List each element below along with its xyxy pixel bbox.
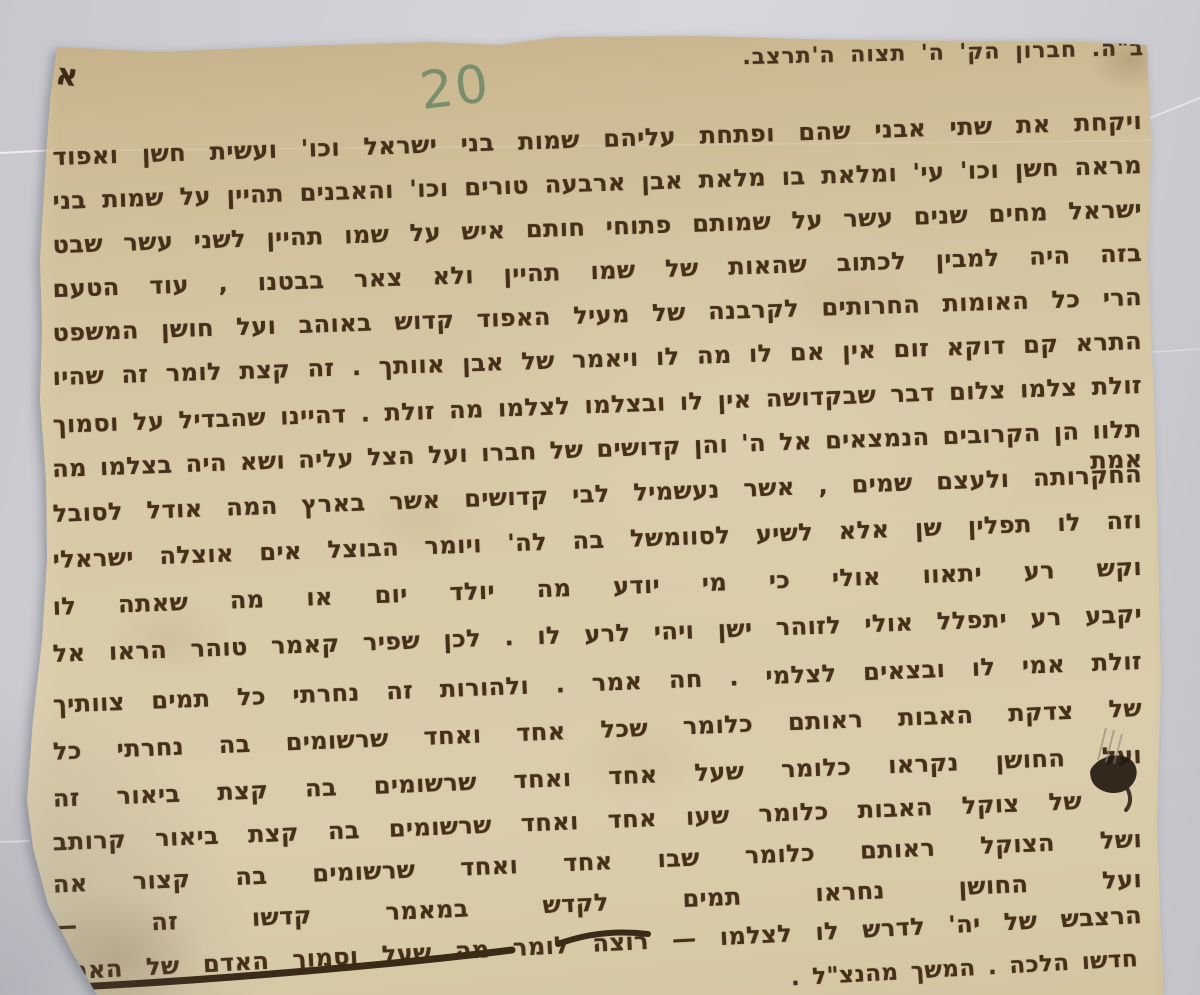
paper-sheet: א 20 ב"ה. חברון הק' ה' תצוה ה'תרצב. ויקח… — [0, 0, 1200, 995]
paper-shadow-wrap: א 20 ב"ה. חברון הק' ה' תצוה ה'תרצב. ויקח… — [0, 0, 1200, 995]
corner-letter-aleph: א — [54, 57, 80, 94]
page-number-pencil: 20 — [417, 54, 494, 122]
manuscript-heading: ב"ה. חברון הק' ה' תצוה ה'תרצב. — [742, 36, 1144, 70]
manuscript-photo: א 20 ב"ה. חברון הק' ה' תצוה ה'תרצב. ויקח… — [0, 0, 1200, 995]
ink-blot-tail — [1126, 790, 1130, 810]
manuscript-line: חדשו הלכה . המשך מהנצ"ל . — [668, 944, 1139, 995]
